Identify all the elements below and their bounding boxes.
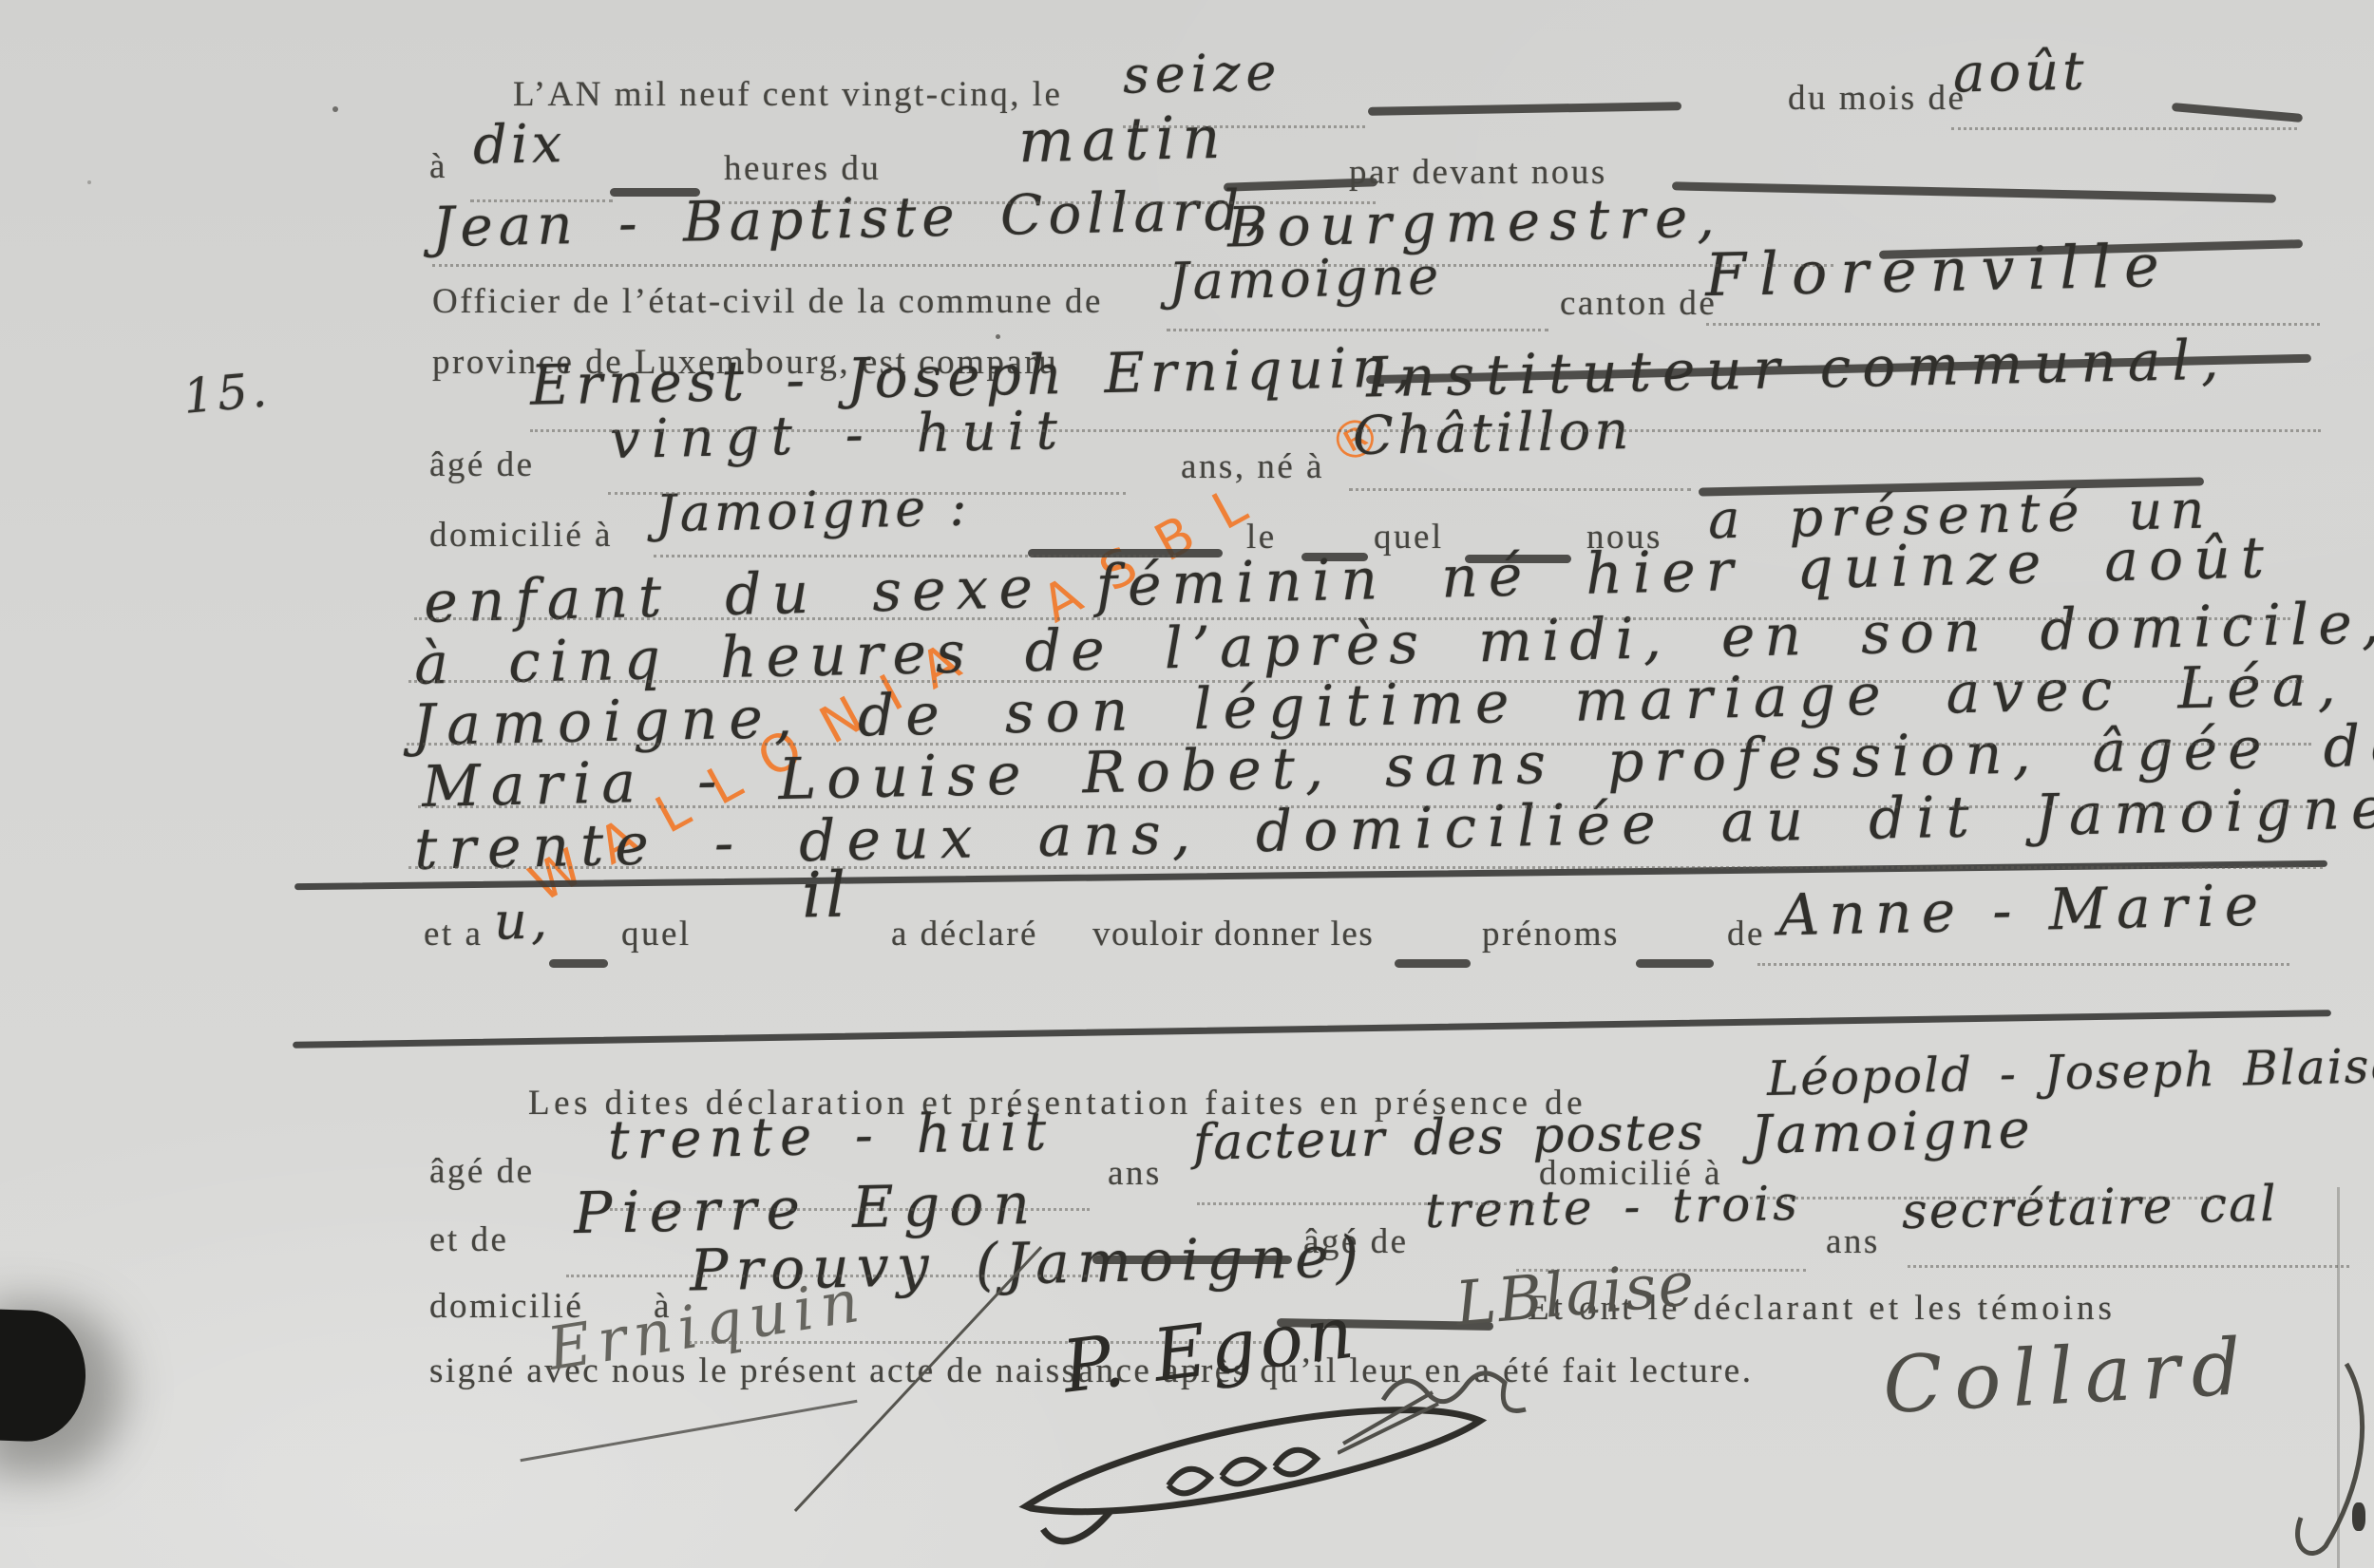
ink-stroke <box>1636 959 1714 968</box>
hw-hour: dix <box>472 113 566 177</box>
printed-age-label: âgé de <box>429 444 535 485</box>
ink-speck <box>2352 1502 2365 1531</box>
signature-collard: Collard <box>1881 1322 2255 1431</box>
hw-birthplace: Châtillon <box>1352 400 1633 467</box>
printed-witness1-age-label: âgé de <box>429 1151 535 1192</box>
printed-hours-label: heures du <box>724 148 881 189</box>
printed-canton-label: canton de <box>1560 283 1717 324</box>
dotted-rule <box>608 492 1126 495</box>
hw-time-of-day: matin <box>1017 103 1228 177</box>
dotted-rule <box>408 866 2323 869</box>
ink-stroke <box>1672 181 2276 202</box>
hw-commune: Jamoigne <box>1168 246 1442 312</box>
record-number: 15. <box>181 362 273 425</box>
dotted-rule <box>1757 963 2289 966</box>
hw-declarant-age: vingt - huit <box>609 400 1069 471</box>
hw-au-suffix: u, <box>493 890 551 951</box>
dotted-rule <box>1197 1202 1534 1205</box>
ink-stroke <box>1368 102 1681 116</box>
signature-flourish <box>1338 1337 1689 1461</box>
hw-witness1-domicile: Jamoigne <box>1750 1099 2034 1166</box>
printed-ans-label: ans <box>1108 1153 1162 1194</box>
ink-stroke <box>1395 959 1471 968</box>
printed-et-au-label: et a <box>424 914 483 954</box>
printed-commune-label: Officier de l’état-civil de la commune d… <box>432 281 1103 322</box>
printed-before-us-label: par devant nous <box>1349 152 1607 193</box>
printed-hour-prefix: à <box>429 146 447 187</box>
dotted-rule <box>530 429 2321 432</box>
dotted-rule <box>1908 1265 2349 1268</box>
dotted-rule <box>1123 125 1365 128</box>
dotted-rule <box>418 805 2308 808</box>
binding-mark <box>0 1309 87 1443</box>
dotted-rule <box>1750 1197 2220 1200</box>
dotted-rule <box>1167 329 1548 331</box>
printed-de-label: de <box>1727 914 1765 954</box>
printed-ans2-label: ans <box>1826 1221 1880 1262</box>
dotted-rule <box>610 1208 1090 1211</box>
hw-witness2-age: trente - trois <box>1424 1176 1801 1238</box>
printed-quel2-label: quel <box>621 914 692 954</box>
printed-born-at-label: ans, né à <box>1181 446 1324 487</box>
hw-domicile: Jamoigne : <box>655 478 971 544</box>
dotted-rule <box>654 555 1176 557</box>
dotted-rule <box>432 264 1833 267</box>
dotted-rule <box>1951 127 2297 130</box>
printed-declared-label: a déclaré <box>891 914 1038 954</box>
hw-witness1-age: trente - huit <box>607 1101 1054 1172</box>
paper-speck <box>332 106 338 112</box>
printed-domiciled-label: domicilié à <box>429 515 613 556</box>
page-edge-line <box>2337 1187 2340 1568</box>
dotted-rule <box>407 743 2311 746</box>
hw-day: seize <box>1122 42 1282 104</box>
printed-give-names-label: vouloir donner les <box>1092 914 1374 954</box>
dotted-rule <box>1706 323 2320 326</box>
dotted-rule <box>1349 488 1691 491</box>
signature-flourish <box>2234 1356 2374 1568</box>
hw-officer-name: Jean - Baptiste Collard, <box>431 178 1268 259</box>
paper-speck <box>87 180 91 184</box>
paper-speck <box>996 334 1000 339</box>
section-rule <box>293 1010 2331 1048</box>
dotted-rule <box>408 680 2304 683</box>
printed-year-label: L’AN mil neuf cent vingt-cinq, le <box>513 74 1062 115</box>
dotted-rule <box>470 199 613 202</box>
printed-month-label: du mois de <box>1788 78 1966 119</box>
hw-il: il <box>801 858 850 932</box>
hw-witness2-profession: secrétaire cal <box>1901 1176 2278 1240</box>
hw-witness1-name: Léopold - Joseph Blaise <box>1766 1038 2374 1106</box>
signature-flourish <box>520 1400 857 1462</box>
dotted-rule <box>414 617 2290 620</box>
hw-child-given-names: Anne - Marie <box>1777 873 2268 950</box>
hw-declarant-profession: Instituteur communal, <box>1365 327 2231 409</box>
birth-record-scan: WALLONIA ASBL ® 15. L’AN mil neuf cent v… <box>0 0 2374 1568</box>
hw-month: août <box>1952 41 2088 105</box>
ink-stroke <box>549 959 608 968</box>
hw-canton: Florenville <box>1704 231 2173 310</box>
printed-witness2-intro: et de <box>429 1219 508 1260</box>
printed-prenoms-label: prénoms <box>1482 914 1620 954</box>
dotted-rule <box>722 201 1376 204</box>
ink-stroke <box>2172 103 2303 123</box>
